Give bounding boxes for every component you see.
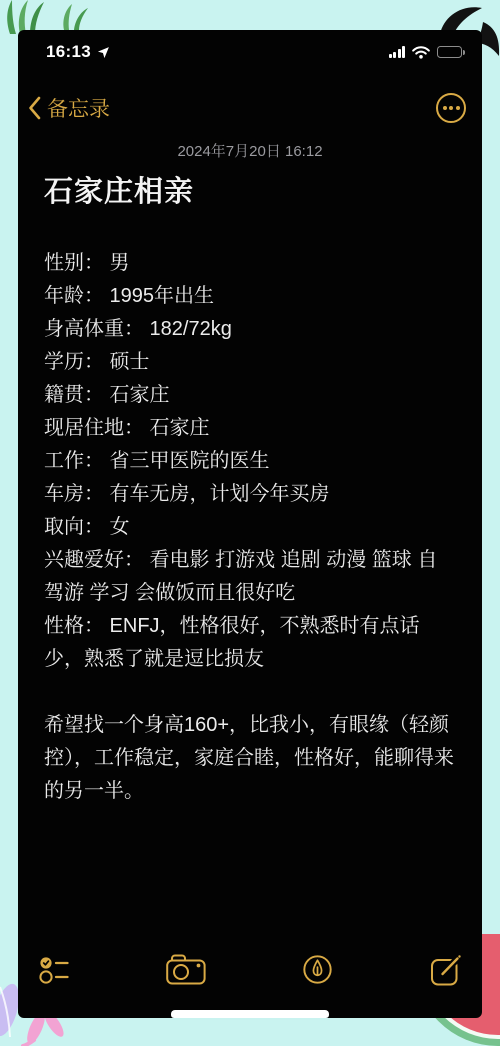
note-body-line: 工作： 省三甲医院的医生	[44, 445, 457, 478]
cellular-signal-icon	[389, 46, 406, 58]
note-body-line: 性格： ENFJ，性格很好，不熟悉时有点话少，熟悉了就是逗比损友	[44, 610, 457, 676]
compose-button[interactable]	[430, 952, 464, 986]
compose-icon	[430, 952, 464, 986]
notes-app-screen: 16:13 备忘录	[18, 30, 482, 1018]
nav-bar: 备忘录	[18, 90, 482, 126]
grass-leaves-decoration	[2, 0, 102, 34]
note-body-line: 现居住地： 石家庄	[44, 412, 457, 445]
camera-icon	[166, 954, 206, 985]
markup-button[interactable]	[302, 954, 333, 985]
note-body-line: 学历： 硕士	[44, 346, 457, 379]
back-label: 备忘录	[47, 93, 110, 123]
note-body-line: 籍贯： 石家庄	[44, 379, 457, 412]
battery-icon	[437, 46, 462, 59]
checklist-icon	[38, 954, 69, 985]
status-bar: 16:13	[18, 40, 482, 64]
note-closing-paragraph: 希望找一个身高160+，比我小，有眼缘（轻颜控），工作稳定，家庭合睦，性格好，能…	[44, 709, 457, 808]
chevron-left-icon	[28, 96, 41, 120]
note-body: 性别： 男年龄： 1995年出生身高体重： 182/72kg学历： 硕士籍贯： …	[44, 247, 457, 676]
ellipsis-dot	[449, 106, 453, 110]
wifi-icon	[412, 46, 430, 59]
ellipsis-dot	[443, 106, 447, 110]
note-body-line: 取向： 女	[44, 511, 457, 544]
location-arrow-icon	[97, 46, 110, 59]
note-body-line: 兴趣爱好： 看电影 打游戏 追剧 动漫 篮球 自驾游 学习 会做饭而且很好吃	[44, 544, 457, 610]
note-body-line: 性别： 男	[44, 247, 457, 280]
note-body-line: 年龄： 1995年出生	[44, 280, 457, 313]
checklist-button[interactable]	[38, 954, 69, 985]
ellipsis-dot	[456, 106, 460, 110]
notes-toolbar	[18, 950, 482, 988]
back-button[interactable]: 备忘录	[28, 93, 110, 123]
note-title: 石家庄相亲	[44, 169, 456, 210]
more-options-button[interactable]	[436, 93, 466, 123]
home-indicator[interactable]	[171, 1010, 329, 1018]
note-body-line: 车房： 有车无房，计划今年买房	[44, 478, 457, 511]
camera-button[interactable]	[166, 954, 206, 985]
markup-icon	[302, 954, 333, 985]
note-body-line: 身高体重： 182/72kg	[44, 313, 457, 346]
note-timestamp: 2024年7月20日 16:12	[18, 140, 482, 161]
status-time: 16:13	[46, 42, 91, 62]
